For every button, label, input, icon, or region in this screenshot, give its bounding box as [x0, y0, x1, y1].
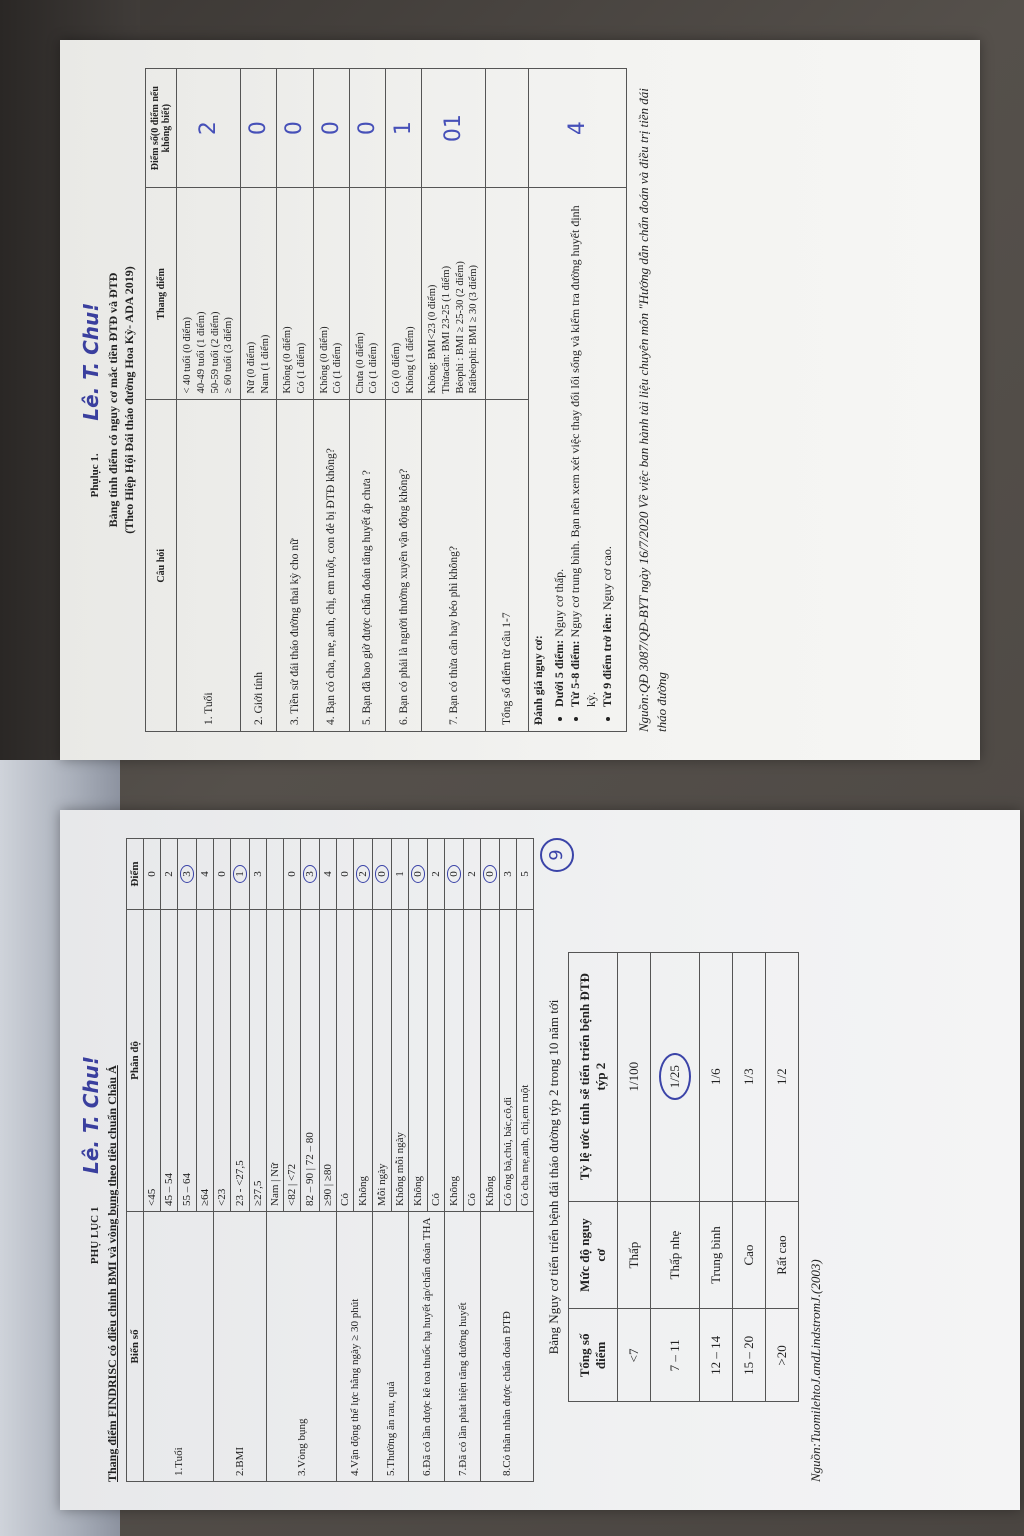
handwritten-score: 0: [313, 69, 349, 188]
findrisc-row: 5.Thường ăn rau, quảMỗi ngày0: [373, 839, 392, 1482]
ada-source: Nguồn:QĐ 3087/QĐ-BYT ngày 16/7/2020 Về v…: [635, 68, 671, 732]
variable-name: 4.Vận động thể lực hằng ngày ≥ 30 phút: [337, 1211, 373, 1481]
risk-rate-cell: 1/25: [651, 952, 700, 1201]
handwritten-score: 0: [349, 69, 385, 188]
level-text: 82 – 90 | 72 – 80: [301, 910, 320, 1212]
circled-points: 3: [303, 865, 317, 883]
assessment-list: Dưới 5 điểm: Nguy cơ thấp.Từ 5-8 điểm: N…: [551, 194, 616, 707]
level-text: Có: [337, 910, 354, 1212]
assessment-item: Từ 9 điểm trở lên: Nguy cơ cao.: [599, 194, 615, 707]
question-text: 5. Bạn đã bao giờ được chẩn đoán tăng hu…: [349, 400, 385, 732]
circled-points: 0: [447, 865, 461, 883]
question-text: 7. Bạn có thừa cân hay béo phì không?: [422, 400, 486, 732]
points-cell: 3: [178, 839, 197, 910]
assessment-text: Nguy cơ cao.: [600, 546, 614, 613]
points: 4: [199, 871, 211, 877]
col-risk-level: Mức độ nguy cơ: [569, 1201, 618, 1309]
rate: 1/2: [774, 1068, 789, 1085]
points: 4: [322, 871, 334, 877]
total-value: [485, 69, 528, 188]
col-total-score: Tổng số điểm: [569, 1309, 618, 1402]
points-cell: 2: [464, 839, 481, 910]
ada-row: 6. Bạn có phải là người thường xuyên vận…: [386, 69, 422, 732]
scale-options: Không: BMI<23 (0 điểm) Thừacân: BMI 23-2…: [422, 188, 486, 400]
circled-points: 0: [483, 865, 497, 883]
scale-options: Không (0 điểm) Có (1 điểm): [277, 188, 313, 400]
points-cell: 2: [428, 839, 445, 910]
handwritten-signature-2: Lê. T. Chu!: [79, 1056, 103, 1174]
question-text: 2. Giới tính: [240, 400, 276, 732]
col-question: Câu hỏi: [146, 400, 177, 732]
level-text: <23: [214, 910, 231, 1212]
rate: 1/100: [626, 1062, 641, 1092]
handwritten-score: 01: [422, 69, 486, 188]
assessment-text: Nguy cơ thấp.: [552, 569, 566, 640]
risk-row: 7 – 11Thấp nhẹ1/25: [651, 952, 700, 1402]
handwritten-score: 2: [177, 69, 241, 188]
findrisc-table: Biến số Phân độ Điểm 1.Tuổi<45045 – 5425…: [126, 838, 534, 1482]
points: 3: [252, 871, 264, 877]
level-text: ≥27,5: [250, 910, 267, 1212]
risk-row: 15 – 20Cao1/3: [733, 952, 766, 1402]
findrisc-sheet: PHỤ LỤC 1 Lê. T. Chu! Thang điểm FINDRIS…: [60, 810, 1020, 1510]
assessment-range: Từ 9 điểm trở lên:: [600, 613, 614, 707]
risk-rate-cell: 1/6: [700, 952, 733, 1201]
ada-appendix-label: Phụlục 1.: [89, 453, 101, 497]
risk-level: Trung bình: [700, 1201, 733, 1309]
variable-name: 6.Đã có lần được kê toa thuốc hạ huyết á…: [409, 1211, 445, 1481]
risk-score-range: <7: [618, 1309, 651, 1402]
col-points: Điểm: [127, 839, 144, 910]
level-text: Không: [409, 910, 428, 1212]
variable-name: 1.Tuổi: [144, 1211, 214, 1481]
scale-options: Chưa (0 điểm) Có (1 điểm): [349, 188, 385, 400]
level-text: Không mỗi ngày: [392, 910, 409, 1212]
col-score: Điểm số(0 điểm nếu không biết): [146, 69, 177, 188]
ada-row: 4. Bạn có cha, mẹ, anh, chị, em ruột, co…: [313, 69, 349, 732]
col-progression-rate: Tỷ lệ ước tính sẽ tiến triển bệnh ĐTĐ tý…: [569, 952, 618, 1201]
assessment-range: Từ 5-8 điểm:: [568, 640, 582, 707]
risk-row: 12 – 14Trung bình1/6: [700, 952, 733, 1402]
level-text: ≥90 | ≥80: [320, 910, 337, 1212]
points-cell: [267, 839, 284, 910]
assessment-value: 4: [528, 69, 626, 188]
points-cell: 4: [197, 839, 214, 910]
risk-level: Rất cao: [766, 1201, 799, 1309]
rate: 1/6: [708, 1068, 723, 1085]
points-cell: 0: [481, 839, 500, 910]
ada-score-table: Câu hỏi Thang điểm Điểm số(0 điểm nếu kh…: [145, 68, 626, 732]
level-text: <82 | <72: [284, 910, 301, 1212]
assessment-range: Dưới 5 điểm:: [552, 640, 566, 707]
findrisc-appendix-label: PHỤ LỤC 1: [89, 1207, 101, 1264]
points: 0: [146, 871, 158, 877]
risk-score-range: 15 – 20: [733, 1309, 766, 1402]
scale-options: Không (0 điểm) Có (1 điểm): [313, 188, 349, 400]
ada-row: 7. Bạn có thừa cân hay béo phì không?Khô…: [422, 69, 486, 732]
points-cell: 5: [517, 839, 534, 910]
findrisc-row: 3.Vòng bụngNam | Nữ: [267, 839, 284, 1482]
findrisc-source: Nguồn:TuomilehtoJ.andLindstromJ.(2003): [807, 838, 825, 1482]
level-text: Có ông bà,chú, bác,cô,dì: [500, 910, 517, 1212]
points: 0: [339, 871, 351, 877]
level-text: Có: [428, 910, 445, 1212]
points-cell: 4: [320, 839, 337, 910]
rate: 1/3: [741, 1068, 756, 1085]
ada-header: Phụlục 1. Lê. T. Chu! Bảng tính điểm có …: [78, 68, 137, 732]
ada-row: 1. Tuổi< 40 tuổi (0 điểm) 40-49 tuổi (1 …: [177, 69, 241, 732]
points-cell: 2: [161, 839, 178, 910]
risk-rate-cell: 1/3: [733, 952, 766, 1201]
assessment-label: Đánh giá nguy cơ:: [533, 635, 545, 725]
points: 5: [519, 871, 531, 877]
col-level: Phân độ: [127, 910, 144, 1212]
assessment-text: Nguy cơ trung bình. Bạn nên xem xét việc…: [568, 205, 598, 707]
level-text: Nam | Nữ: [267, 910, 284, 1212]
points-cell: 0: [445, 839, 464, 910]
question-text: 6. Bạn có phải là người thường xuyên vận…: [386, 400, 422, 732]
circled-points: 2: [356, 865, 370, 883]
handwritten-score: 0: [277, 69, 313, 188]
circled-points: 0: [375, 865, 389, 883]
findrisc-row: 1.Tuổi<450: [144, 839, 161, 1482]
points: 0: [286, 871, 298, 877]
scale-options: Có (0 điểm) Không (1 điểm): [386, 188, 422, 400]
handwritten-signature: Lê. T. Chu!: [79, 303, 103, 421]
total-label: Tổng số điểm từ câu 1-7: [485, 400, 528, 732]
risk-rate-cell: 1/2: [766, 952, 799, 1201]
points-cell: 1: [231, 839, 250, 910]
variable-name: 8.Có thân nhân được chẩn đoán ĐTĐ: [481, 1211, 534, 1481]
risk-table-title: Bảng Nguy cơ tiến triển bệnh đái tháo đư…: [546, 1000, 561, 1355]
risk-row: <7Thấp1/100: [618, 952, 651, 1402]
points-cell: 2: [354, 839, 373, 910]
assessment-row: Đánh giá nguy cơ: Dưới 5 điểm: Nguy cơ t…: [528, 69, 626, 732]
risk-level: Cao: [733, 1201, 766, 1309]
question-text: 3. Tiền sử đái tháo đường thai kỳ cho nữ: [277, 400, 313, 732]
question-text: 1. Tuổi: [177, 400, 241, 732]
handwritten-score: 1: [386, 69, 422, 188]
findrisc-table-title: Thang điểm FINDRISC có điều chỉnh BMI và…: [105, 838, 120, 1482]
total-row: Tổng số điểm từ câu 1-7: [485, 69, 528, 732]
points: 2: [430, 871, 442, 877]
circled-points: 3: [180, 865, 194, 883]
level-text: Có: [464, 910, 481, 1212]
handwritten-score: 0: [240, 69, 276, 188]
assessment-cell: Đánh giá nguy cơ: Dưới 5 điểm: Nguy cơ t…: [528, 188, 626, 732]
points: 0: [216, 871, 228, 877]
points: 1: [394, 871, 406, 877]
ada-row: 5. Bạn đã bao giờ được chẩn đoán tăng hu…: [349, 69, 385, 732]
findrisc-row: 7.Đã có lần phát hiện tăng đường huyếtKh…: [445, 839, 464, 1482]
risk-table: Tổng số điểm Mức độ nguy cơ Tỷ lệ ước tí…: [568, 952, 799, 1403]
level-text: Không: [354, 910, 373, 1212]
findrisc-row: 4.Vận động thể lực hằng ngày ≥ 30 phútCó…: [337, 839, 354, 1482]
risk-level: Thấp: [618, 1201, 651, 1309]
risk-score-range: >20: [766, 1309, 799, 1402]
findrisc-row: 8.Có thân nhân được chẩn đoán ĐTĐKhông0: [481, 839, 500, 1482]
points: 2: [466, 871, 478, 877]
points-cell: 0: [284, 839, 301, 910]
points: 2: [163, 871, 175, 877]
variable-name: 2.BMI: [214, 1211, 267, 1481]
circled-points: 0: [411, 865, 425, 883]
level-text: 55 – 64: [178, 910, 197, 1212]
variable-name: 5.Thường ăn rau, quả: [373, 1211, 409, 1481]
risk-rate-cell: 1/100: [618, 952, 651, 1201]
points-cell: 3: [301, 839, 320, 910]
risk-score-range: 7 – 11: [651, 1309, 700, 1402]
scale-options: Nữ (0 điểm) Nam (1 điểm): [240, 188, 276, 400]
points-cell: 1: [392, 839, 409, 910]
risk-score-range: 12 – 14: [700, 1309, 733, 1402]
findrisc-row: 2.BMI<230: [214, 839, 231, 1482]
findrisc-header: PHỤ LỤC 1 Lê. T. Chu!: [78, 838, 105, 1482]
question-text: 4. Bạn có cha, mẹ, anh, chị, em ruột, co…: [313, 400, 349, 732]
points-cell: 3: [250, 839, 267, 910]
points-cell: 0: [144, 839, 161, 910]
points-cell: 0: [373, 839, 392, 910]
level-text: Có cha mẹ,anh, chị,em ruột: [517, 910, 534, 1212]
points: 3: [502, 871, 514, 877]
assessment-item: Dưới 5 điểm: Nguy cơ thấp.: [551, 194, 567, 707]
level-text: 45 – 54: [161, 910, 178, 1212]
handwritten-total: 9: [540, 838, 574, 872]
col-scale: Thang điểm: [146, 188, 177, 400]
risk-row: >20Rất cao1/2: [766, 952, 799, 1402]
ada-subtitle: (Theo Hiệp Hội Đái tháo đường Hoa Kỳ- AD…: [121, 68, 137, 732]
risk-level: Thấp nhẹ: [651, 1201, 700, 1309]
level-text: <45: [144, 910, 161, 1212]
level-text: Không: [481, 910, 500, 1212]
circled-points: 1: [233, 865, 247, 883]
level-text: Mỗi ngày: [373, 910, 392, 1212]
circled-rate: 1/25: [659, 1053, 691, 1100]
points-cell: 3: [500, 839, 517, 910]
assessment-item: Từ 5-8 điểm: Nguy cơ trung bình. Bạn nên…: [567, 194, 599, 707]
scale-options: < 40 tuổi (0 điểm) 40-49 tuổi (1 điểm) 5…: [177, 188, 241, 400]
findrisc-row: 6.Đã có lần được kê toa thuốc hạ huyết á…: [409, 839, 428, 1482]
ada-row: 3. Tiền sử đái tháo đường thai kỳ cho nữ…: [277, 69, 313, 732]
level-text: Không: [445, 910, 464, 1212]
points-cell: 0: [409, 839, 428, 910]
points-cell: 0: [337, 839, 354, 910]
ada-risk-sheet: Phụlục 1. Lê. T. Chu! Bảng tính điểm có …: [60, 40, 980, 760]
variable-name: 7.Đã có lần phát hiện tăng đường huyết: [445, 1211, 481, 1481]
level-text: 23 - <27,5: [231, 910, 250, 1212]
col-variable: Biến số: [127, 1211, 144, 1481]
level-text: ≥64: [197, 910, 214, 1212]
ada-title: Bảng tính điểm có nguy cơ mắc tiền ĐTĐ v…: [105, 68, 121, 732]
variable-name: 3.Vòng bụng: [267, 1211, 337, 1481]
ada-row: 2. Giới tínhNữ (0 điểm) Nam (1 điểm)0: [240, 69, 276, 732]
risk-table-caption: Bảng Nguy cơ tiến triển bệnh đái tháo đư…: [546, 838, 562, 1482]
points-cell: 0: [214, 839, 231, 910]
